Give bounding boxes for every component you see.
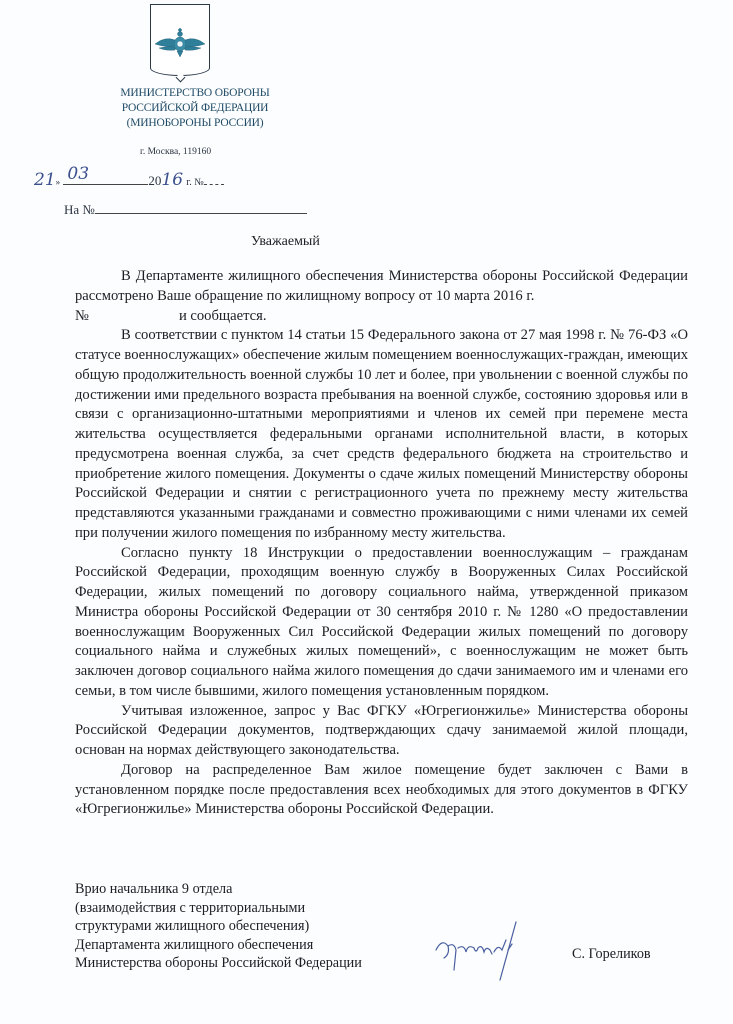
org-line-1: МИНИСТЕРСТВО ОБОРОНЫ [100, 86, 290, 101]
signer-title-line-2: (взаимодействия с территориальными [75, 899, 362, 918]
paragraph-1-continued: №и сообщается. [75, 307, 688, 327]
ref-label: На № [64, 202, 95, 217]
date-day: 21 [34, 170, 56, 190]
signer-title-line-3: структурами жилищного обеспечения) [75, 917, 362, 936]
date-line: 21» 032016 г. № [34, 170, 314, 192]
signer-name: С. Гореликов [572, 946, 651, 963]
signer-title-line-4: Департамента жилищного обеспечения [75, 936, 362, 955]
signature-block: Врио начальника 9 отдела (взаимодействия… [75, 880, 362, 973]
signer-title-line-5: Министерства обороны Российской Федераци… [75, 954, 362, 973]
paragraph-3: Согласно пункту 18 Инструкции о предоста… [75, 544, 688, 702]
paragraph-1: В Департаменте жилищного обеспечения Мин… [75, 267, 688, 307]
number-field [204, 170, 224, 185]
org-line-3: (МИНОБОРОНЫ РОССИИ) [100, 116, 290, 131]
org-line-2: РОССИЙСКОЙ ФЕДЕРАЦИИ [100, 101, 290, 116]
date-year-prefix: 20 [148, 173, 161, 188]
date-month-field: 03 [63, 170, 148, 185]
city-address: г. Москва, 119160 [140, 147, 211, 157]
reference-line: На № [64, 199, 307, 218]
organization-name: МИНИСТЕРСТВО ОБОРОНЫ РОССИЙСКОЙ ФЕДЕРАЦИ… [100, 86, 290, 131]
paragraph-1-end: и сообщается. [179, 308, 267, 324]
signer-title-line-1: Врио начальника 9 отдела [75, 880, 362, 899]
date-year: 16 [161, 170, 183, 190]
number-label: г. № [186, 177, 204, 188]
ref-number-field [95, 199, 307, 214]
handwritten-signature-icon [428, 920, 538, 1000]
greeting: Уважаемый [251, 234, 320, 250]
paragraph-4: Учитывая изложенное, запрос у Вас ФГКУ «… [75, 702, 688, 761]
paragraph-5: Договор на распределенное Вам жилое поме… [75, 761, 688, 820]
paragraph-2: В соответствии с пунктом 14 статьи 15 Фе… [75, 326, 688, 543]
date-month: 03 [67, 164, 89, 184]
date-day-suffix: » [56, 177, 61, 187]
number-prefix: № [75, 308, 89, 324]
double-headed-eagle-icon [153, 26, 207, 58]
letter-body: В Департаменте жилищного обеспечения Мин… [75, 267, 688, 820]
